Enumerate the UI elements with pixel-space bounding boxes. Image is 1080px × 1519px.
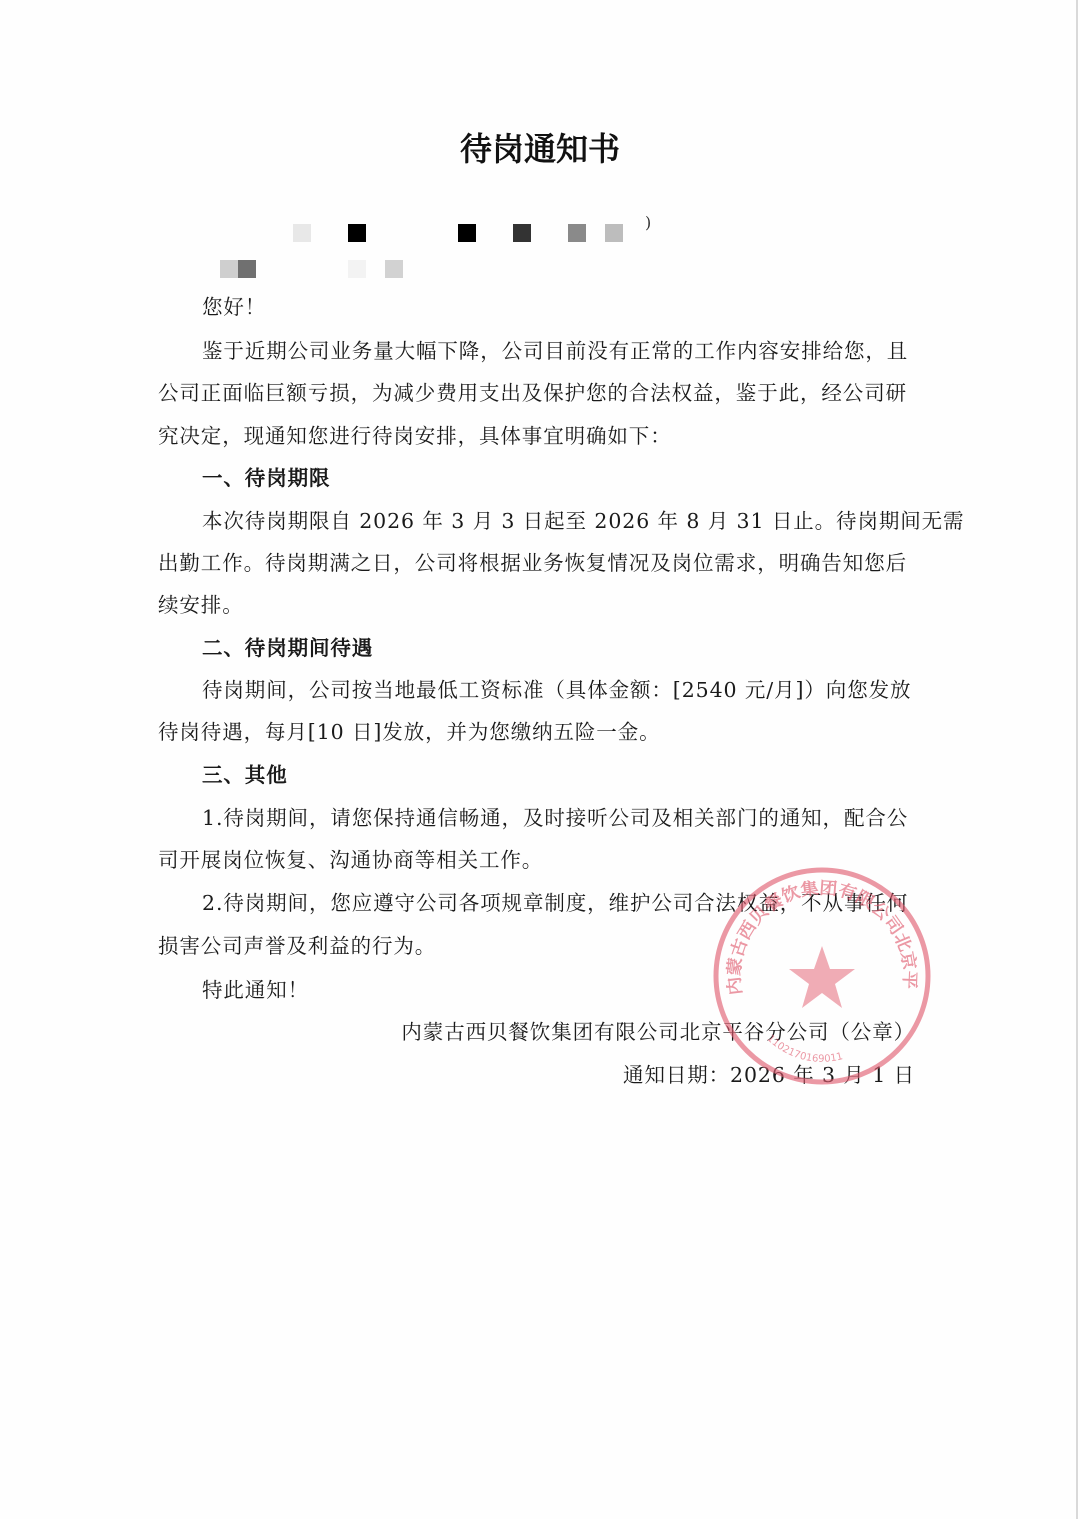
greeting: 您好！ <box>202 292 918 322</box>
list-item-line: 司开展岗位恢复、沟通协商等相关工作。 <box>158 845 918 875</box>
redaction-block <box>293 224 311 242</box>
section-line: 出勤工作。待岗期满之日，公司将根据业务恢复情况及岗位需求，明确告知您后 <box>158 548 918 578</box>
notice-date: 通知日期：2026 年 3 月 1 日 <box>623 1060 915 1090</box>
intro-line: 鉴于近期公司业务量大幅下降，公司目前没有正常的工作内容安排给您，且 <box>202 336 918 366</box>
section-line: 待岗期间，公司按当地最低工资标准（具体金额：[2540 元/月]）向您发放 <box>202 675 918 705</box>
section-heading-pay: 二、待岗期间待遇 <box>202 633 962 663</box>
intro-line: 公司正面临巨额亏损，为减少费用支出及保护您的合法权益，鉴于此，经公司研 <box>158 378 918 408</box>
section-heading-other: 三、其他 <box>202 760 962 790</box>
redaction-block <box>605 224 623 242</box>
redaction-block <box>385 260 403 278</box>
redaction-block <box>568 224 586 242</box>
redaction-block <box>220 260 238 278</box>
closing-text: 特此通知！ <box>202 975 918 1005</box>
redaction-suffix: ) <box>645 213 651 232</box>
redaction-block <box>348 260 366 278</box>
redaction-block <box>513 224 531 242</box>
page-edge-divider <box>1076 0 1078 1519</box>
signature-company: 内蒙古西贝餐饮集团有限公司北京平谷分公司（公章） <box>401 1017 915 1047</box>
redaction-block <box>458 224 476 242</box>
section-heading-period: 一、待岗期限 <box>202 463 962 493</box>
section-line: 续安排。 <box>158 590 918 620</box>
redaction-block <box>238 260 256 278</box>
list-item-line: 损害公司声誉及利益的行为。 <box>158 931 918 961</box>
redaction-block <box>348 224 366 242</box>
list-item-line: 2.待岗期间，您应遵守公司各项规章制度，维护公司合法权益，不从事任何 <box>202 888 918 918</box>
document-page: 待岗通知书 ) 您好！ 鉴于近期公司业务量大幅下降，公司目前没有正常的工作内容安… <box>0 0 1080 1519</box>
intro-line: 究决定，现通知您进行待岗安排，具体事宜明确如下： <box>158 421 918 451</box>
section-line: 待岗待遇，每月[10 日]发放，并为您缴纳五险一金。 <box>158 717 918 747</box>
document-title: 待岗通知书 <box>0 124 1080 170</box>
section-line: 本次待岗期限自 2026 年 3 月 3 日起至 2026 年 8 月 31 日… <box>202 506 918 536</box>
list-item-line: 1.待岗期间，请您保持通信畅通，及时接听公司及相关部门的通知，配合公 <box>202 803 918 833</box>
